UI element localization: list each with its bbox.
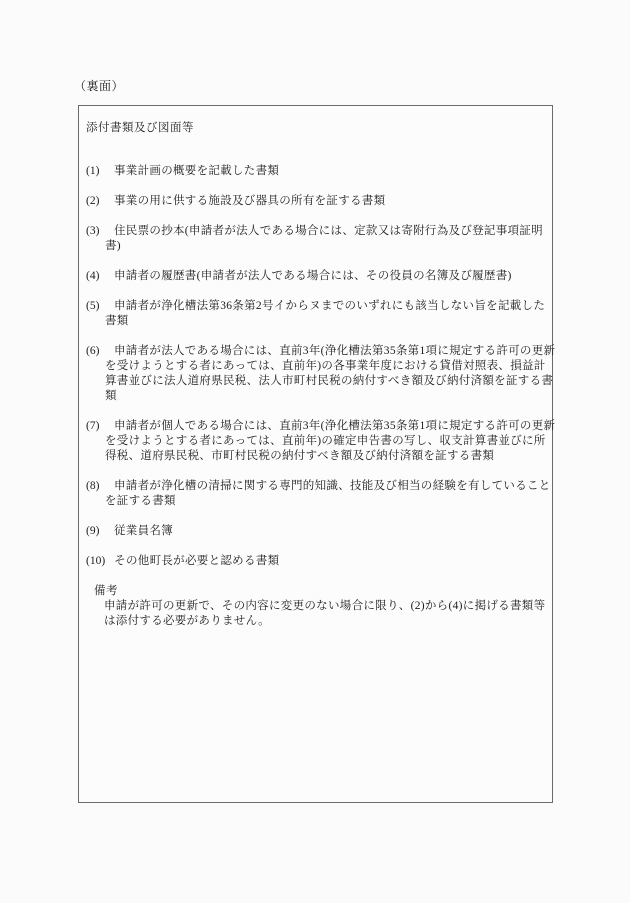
attachment-item-9: (9) 従業員名簿 xyxy=(86,524,540,539)
attachment-item-3: (3) 住民票の抄本(申請者が法人である場合には、定款又は寄附行為及び登記事項証… xyxy=(86,224,540,254)
item-text: 事業の用に供する施設及び器具の所有を証する書類 xyxy=(105,194,540,209)
document-page: （裏面） 添付書類及び図面等 (1) 事業計画の概要を記載した書類 (2) 事業… xyxy=(0,0,630,903)
item-number: (6) xyxy=(86,344,105,404)
item-line: その他町長が必要と認める書類 xyxy=(105,554,540,569)
remarks-label: 備考 xyxy=(94,584,540,599)
item-number: (9) xyxy=(86,524,105,539)
item-line: 申請者が法人である場合には、直前3年(浄化槽法第35条第1項に規定する許可の更新 xyxy=(105,344,555,359)
item-line: 得税、道府県民税、市町村民税の納付すべき額及び納付済額を証する書類 xyxy=(105,449,555,464)
attachments-title: 添付書類及び図面等 xyxy=(86,121,540,136)
item-line: 書) xyxy=(105,239,543,254)
item-number: (5) xyxy=(86,299,105,329)
item-number: (2) xyxy=(86,194,105,209)
attachment-item-5: (5) 申請者が浄化槽法第36条第2号イからヌまでのいずれにも該当しない旨を記載… xyxy=(86,299,540,329)
remarks-line: は添付する必要がありません。 xyxy=(104,614,540,629)
item-number: (7) xyxy=(86,419,105,464)
item-line: 算書並びに法人道府県民税、法人市町村民税の納付すべき額及び納付済額を証する書 xyxy=(105,374,555,389)
attachment-item-6: (6) 申請者が法人である場合には、直前3年(浄化槽法第35条第1項に規定する許… xyxy=(86,344,540,404)
attachment-items-list: (1) 事業計画の概要を記載した書類 (2) 事業の用に供する施設及び器具の所有… xyxy=(86,164,540,569)
attachment-item-7: (7) 申請者が個人である場合には、直前3年(浄化槽法第35条第1項に規定する許… xyxy=(86,419,540,464)
item-text: 申請者の履歴書(申請者が法人である場合には、その役員の名簿及び履歴書) xyxy=(105,269,540,284)
attachment-item-10: (10) その他町長が必要と認める書類 xyxy=(86,554,540,569)
item-line: 類 xyxy=(105,389,555,404)
item-line: を受けようとする者にあっては、直前年)の確定申告書の写し、収支計算書並びに所 xyxy=(105,434,555,449)
item-line: を証する書類 xyxy=(105,494,551,509)
item-number: (3) xyxy=(86,224,105,254)
back-side-label: （裏面） xyxy=(74,79,124,94)
item-line: 申請者が個人である場合には、直前3年(浄化槽法第35条第1項に規定する許可の更新 xyxy=(105,419,555,434)
item-text: 事業計画の概要を記載した書類 xyxy=(105,164,540,179)
item-line: 事業計画の概要を記載した書類 xyxy=(105,164,540,179)
item-line: 書類 xyxy=(105,314,545,329)
remarks-line: 申請が許可の更新で、その内容に変更のない場合に限り、(2)から(4)に掲げる書類… xyxy=(104,599,540,614)
item-number: (4) xyxy=(86,269,105,284)
item-text: 住民票の抄本(申請者が法人である場合には、定款又は寄附行為及び登記事項証明 書) xyxy=(105,224,543,254)
attachment-item-2: (2) 事業の用に供する施設及び器具の所有を証する書類 xyxy=(86,194,540,209)
item-line: 事業の用に供する施設及び器具の所有を証する書類 xyxy=(105,194,540,209)
item-line: 従業員名簿 xyxy=(105,524,540,539)
item-number: (1) xyxy=(86,164,105,179)
attachment-item-8: (8) 申請者が浄化槽の清掃に関する専門的知識、技能及び相当の経験を有しているこ… xyxy=(86,479,540,509)
item-line: 申請者が浄化槽の清掃に関する専門的知識、技能及び相当の経験を有していること xyxy=(105,479,551,494)
item-text: 申請者が個人である場合には、直前3年(浄化槽法第35条第1項に規定する許可の更新… xyxy=(105,419,555,464)
item-line: 申請者の履歴書(申請者が法人である場合には、その役員の名簿及び履歴書) xyxy=(105,269,540,284)
item-line: 申請者が浄化槽法第36条第2号イからヌまでのいずれにも該当しない旨を記載した xyxy=(105,299,545,314)
item-text: 申請者が浄化槽法第36条第2号イからヌまでのいずれにも該当しない旨を記載した 書… xyxy=(105,299,545,329)
item-number: (10) xyxy=(86,554,105,569)
item-text: その他町長が必要と認める書類 xyxy=(105,554,540,569)
attachment-item-4: (4) 申請者の履歴書(申請者が法人である場合には、その役員の名簿及び履歴書) xyxy=(86,269,540,284)
item-text: 申請者が浄化槽の清掃に関する専門的知識、技能及び相当の経験を有していること を証… xyxy=(105,479,551,509)
item-line: 住民票の抄本(申請者が法人である場合には、定款又は寄附行為及び登記事項証明 xyxy=(105,224,543,239)
item-line: を受けようとする者にあっては、直前年)の各事業年度における貸借対照表、損益計 xyxy=(105,359,555,374)
attachments-box: 添付書類及び図面等 (1) 事業計画の概要を記載した書類 (2) 事業の用に供す… xyxy=(78,105,553,803)
attachment-item-1: (1) 事業計画の概要を記載した書類 xyxy=(86,164,540,179)
remarks-section: 備考 申請が許可の更新で、その内容に変更のない場合に限り、(2)から(4)に掲げ… xyxy=(86,584,540,629)
item-text: 申請者が法人である場合には、直前3年(浄化槽法第35条第1項に規定する許可の更新… xyxy=(105,344,555,404)
item-text: 従業員名簿 xyxy=(105,524,540,539)
item-number: (8) xyxy=(86,479,105,509)
